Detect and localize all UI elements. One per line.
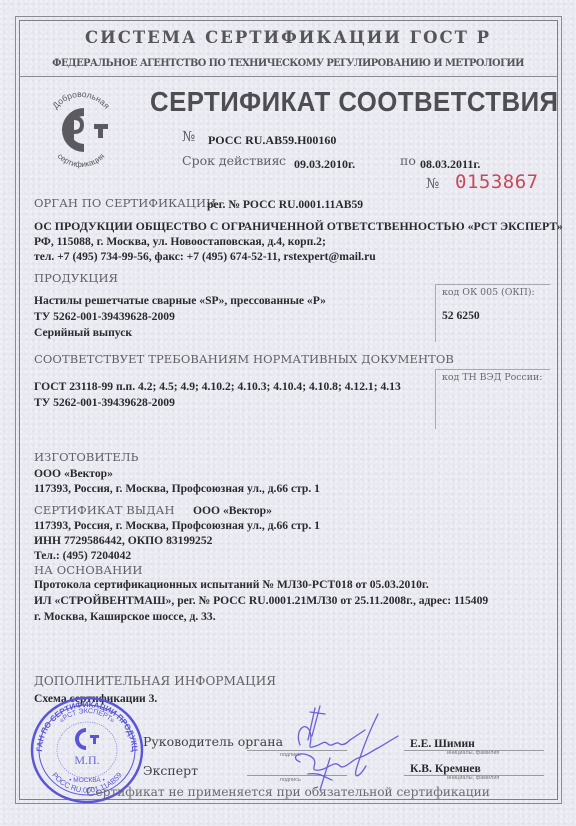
product-heading: ПРОДУКЦИЯ bbox=[34, 271, 118, 285]
compliance-heading: СООТВЕТСТВУЕТ ТРЕБОВАНИЯМ НОРМАТИВНЫХ ДО… bbox=[34, 352, 454, 366]
header-divider bbox=[19, 76, 558, 77]
logo-top-text: Добровольная bbox=[50, 89, 112, 111]
basis-line: г. Москва, Каширское шоссе, д. 33. bbox=[34, 610, 216, 623]
basis-line: ИЛ «СТРОЙВЕНТМАШ», рег. № РОСС RU.0001.2… bbox=[34, 594, 488, 607]
okp-code-value: 52 6250 bbox=[442, 309, 480, 322]
valid-from-date: 09.03.2010г. bbox=[294, 157, 355, 172]
okp-code-box: код ОК 005 (ОКП): 52 6250 bbox=[435, 284, 550, 342]
tnved-code-label: код ТН ВЭД России: bbox=[442, 372, 542, 383]
compliance-line: ГОСТ 23118-99 п.п. 4.2; 4.5; 4.9; 4.10.2… bbox=[34, 380, 401, 393]
certification-body-address: РФ, 115088, г. Москва, ул. Новоостаповск… bbox=[34, 235, 326, 248]
okp-code-label: код ОК 005 (ОКП): bbox=[442, 287, 535, 298]
compliance-line: ТУ 5262-001-39439628-2009 bbox=[34, 396, 175, 409]
basis-heading: НА ОСНОВАНИИ bbox=[34, 563, 143, 577]
number-sign: № bbox=[182, 129, 195, 145]
form-number-sign: № bbox=[426, 176, 439, 192]
issued-to-ids: ИНН 7729586442, ОКПО 83199252 bbox=[34, 534, 212, 547]
rst-logo-icon: Добровольная сертификация bbox=[36, 86, 126, 172]
manufacturer-heading: ИЗГОТОВИТЕЛЬ bbox=[34, 450, 138, 464]
manufacturer-address: 117393, Россия, г. Москва, Профсоюзная у… bbox=[34, 482, 320, 495]
head-of-body-label: Руководитель органа bbox=[143, 734, 283, 749]
form-serial-number: 0153867 bbox=[455, 171, 539, 193]
validity-from-label: с bbox=[279, 153, 286, 168]
validity-label: Срок действия bbox=[182, 153, 279, 168]
product-line: Настилы решетчатые сварные «SP», прессов… bbox=[34, 294, 326, 307]
basis-line: Протокола сертификационных испытаний № М… bbox=[34, 578, 429, 591]
system-title: СИСТЕМА СЕРТИФИКАЦИИ ГОСТ Р bbox=[0, 28, 576, 47]
issued-to-phone: Тел.: (495) 7204042 bbox=[34, 549, 131, 562]
certification-body-heading: ОРГАН ПО СЕРТИФИКАЦИИ bbox=[34, 196, 216, 210]
footer-note: Сертификат не применяется при обязательн… bbox=[0, 785, 576, 799]
svg-text:сертификация: сертификация bbox=[56, 152, 107, 170]
svg-text:Добровольная: Добровольная bbox=[50, 89, 112, 111]
logo-bottom-text: сертификация bbox=[56, 152, 107, 170]
product-line: Серийный выпуск bbox=[34, 326, 132, 339]
document-title: СЕРТИФИКАТ СООТВЕТСТВИЯ bbox=[150, 86, 559, 118]
expert-name: К.В. Кремнев bbox=[410, 762, 481, 775]
tnved-code-box: код ТН ВЭД России: bbox=[435, 369, 550, 429]
manufacturer-name: ООО «Вектор» bbox=[34, 467, 113, 480]
certificate-number: РОСС RU.АВ59.Н00160 bbox=[208, 133, 336, 148]
additional-info-heading: ДОПОЛНИТЕЛЬНАЯ ИНФОРМАЦИЯ bbox=[34, 674, 276, 688]
certification-body-name: ОС ПРОДУКЦИИ ОБЩЕСТВО С ОГРАНИЧЕННОЙ ОТВ… bbox=[34, 219, 563, 234]
validity-to-label: по bbox=[400, 153, 416, 168]
issued-to-heading: СЕРТИФИКАТ ВЫДАН bbox=[34, 503, 175, 517]
expert-label: Эксперт bbox=[143, 763, 198, 778]
product-line: ТУ 5262-001-39439628-2009 bbox=[34, 310, 175, 323]
agency-title: ФЕДЕРАЛЬНОЕ АГЕНТСТВО ПО ТЕХНИЧЕСКОМУ РЕ… bbox=[20, 57, 556, 69]
head-name-caption: инициалы, фамилия bbox=[447, 750, 499, 756]
certification-body-reg: рег. № РОСС RU.0001.11АВ59 bbox=[207, 198, 363, 211]
svg-text:М.П.: М.П. bbox=[74, 753, 99, 767]
certification-body-contacts: тел. +7 (495) 734-99-56, факс: +7 (495) … bbox=[34, 250, 376, 263]
valid-to-date: 08.03.2011г. bbox=[420, 157, 480, 172]
issued-to-address: 117393, Россия, г. Москва, Профсоюзная у… bbox=[34, 519, 320, 532]
svg-text:• МОСКВА •: • МОСКВА • bbox=[69, 777, 105, 784]
issued-to-name: ООО «Вектор» bbox=[193, 504, 272, 517]
expert-name-caption: инициалы, фамилия bbox=[447, 775, 499, 781]
